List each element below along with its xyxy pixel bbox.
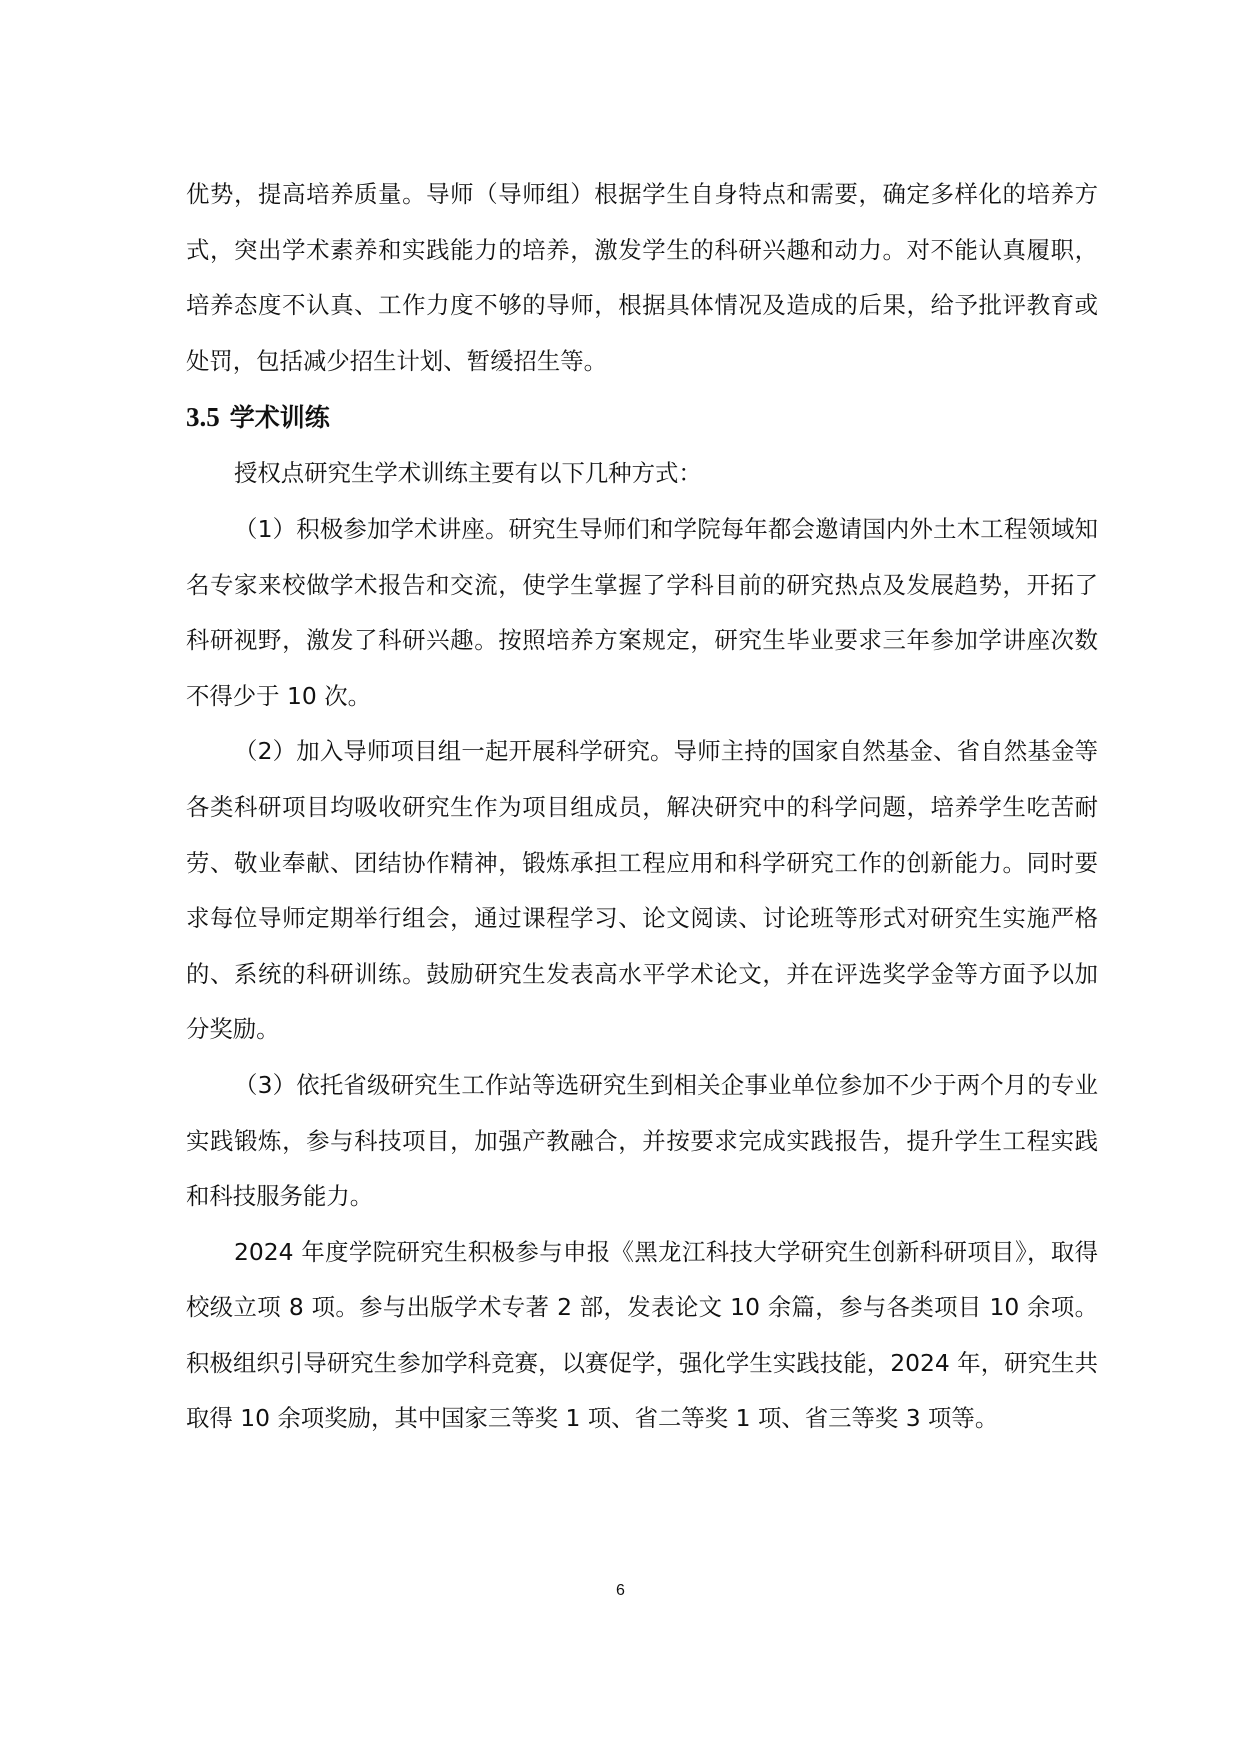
training-item-3: （3）依托省级研究生工作站等选研究生到相关企事业单位参加不少于两个月的专业实践锻… [186, 1058, 1098, 1225]
intro-paragraph: 授权点研究生学术训练主要有以下几种方式： [186, 446, 1098, 502]
section-heading: 3.5学术训练 [186, 389, 1098, 446]
section-number: 3.5 [186, 402, 220, 432]
summary-paragraph: 2024 年度学院研究生积极参与申报《黑龙江科技大学研究生创新科研项目》，取得校… [186, 1225, 1098, 1447]
document-page: 优势，提高培养质量。导师（导师组）根据学生自身特点和需要，确定多样化的培养方式，… [186, 167, 1098, 1447]
training-item-1: （1）积极参加学术讲座。研究生导师们和学院每年都会邀请国内外土木工程领域知名专家… [186, 502, 1098, 724]
page-number: 6 [0, 1582, 1241, 1600]
section-title: 学术训练 [230, 403, 330, 432]
continued-paragraph: 优势，提高培养质量。导师（导师组）根据学生自身特点和需要，确定多样化的培养方式，… [186, 167, 1098, 389]
training-item-2: （2）加入导师项目组一起开展科学研究。导师主持的国家自然基金、省自然基金等各类科… [186, 724, 1098, 1058]
